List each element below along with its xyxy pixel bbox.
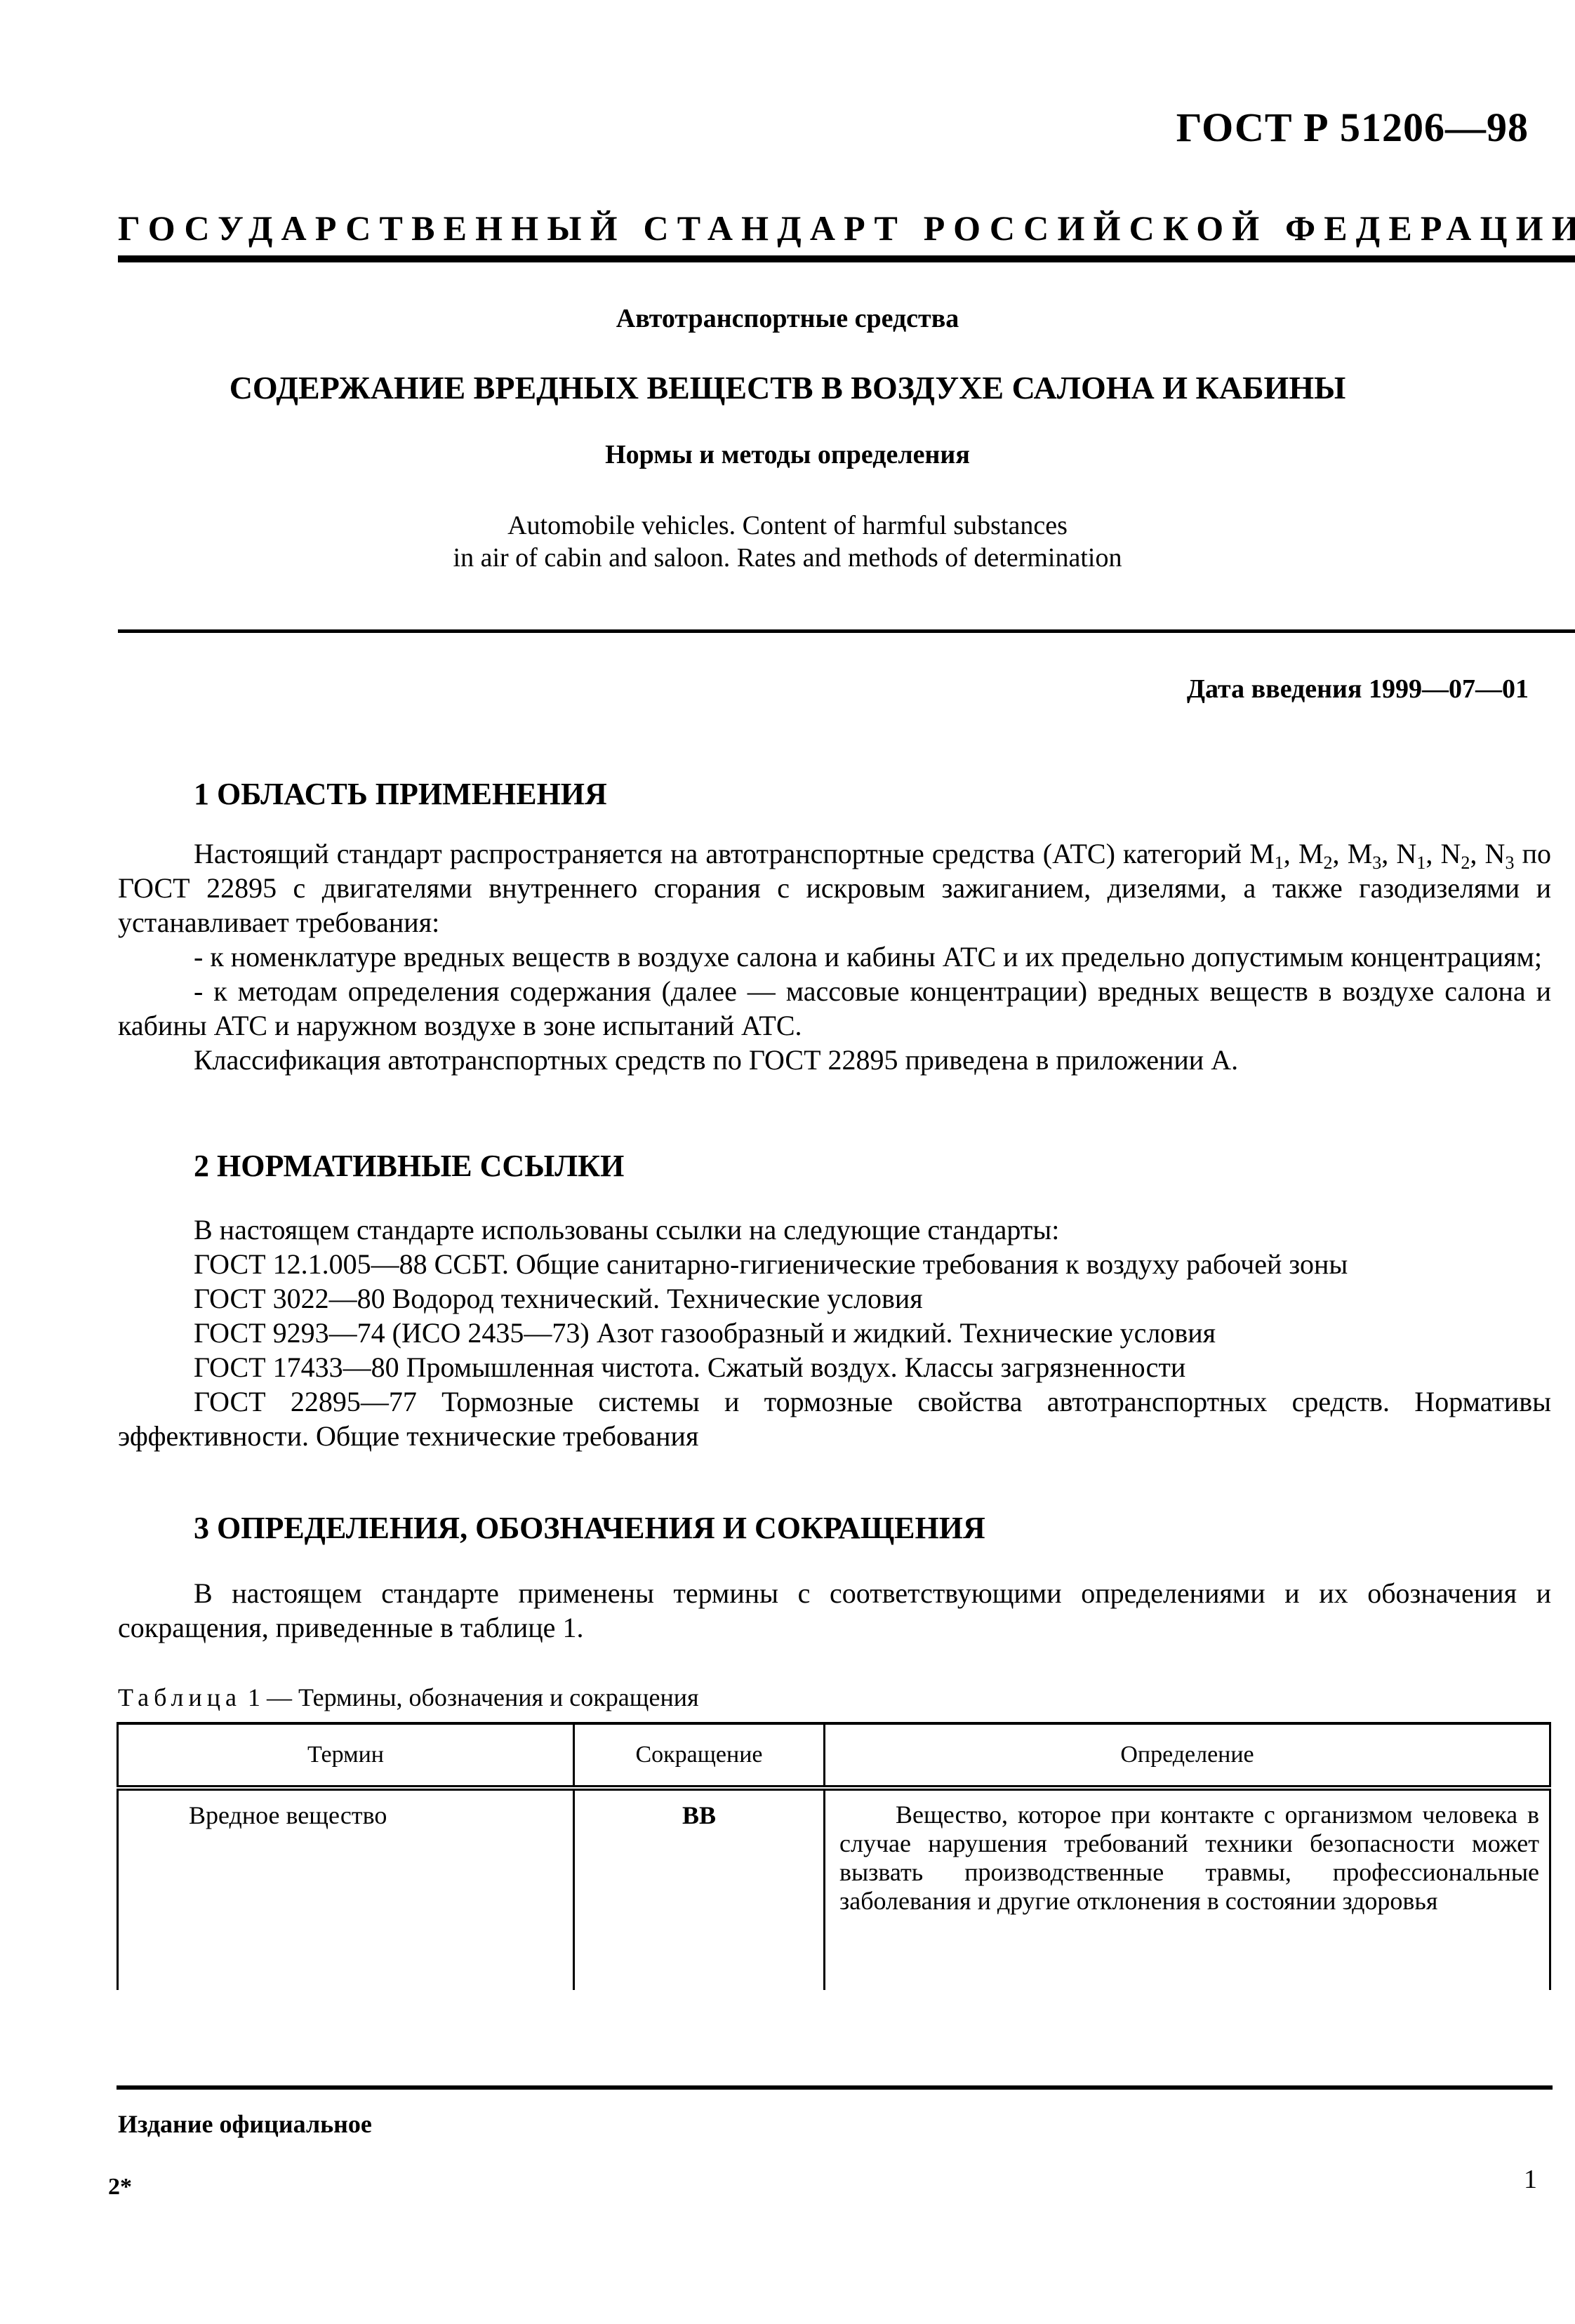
section-3-paragraph-1: В настоящем стандарте применены термины … — [118, 1576, 1551, 1645]
terms-table: Термин Сокращение Определение Вредное ве… — [117, 1722, 1551, 1990]
section-2-intro: В настоящем стандарте использованы ссылк… — [118, 1213, 1551, 1247]
section-1-paragraph-4: Классификация автотранспортных средств п… — [118, 1043, 1551, 1077]
term-cell: Вредное вещество — [118, 1788, 574, 1990]
main-title: СОДЕРЖАНИЕ ВРЕДНЫХ ВЕЩЕСТВ В ВОЗДУХЕ САЛ… — [0, 369, 1575, 406]
document-code: ГОСТ Р 51206—98 — [1176, 104, 1529, 151]
subtitle-ru: Автотранспортные средства — [0, 303, 1575, 334]
section-2-heading: 2 НОРМАТИВНЫЕ ССЫЛКИ — [194, 1148, 624, 1184]
table-caption: Таблица 1 — Термины, обозначения и сокра… — [118, 1683, 699, 1712]
abbreviation-cell: ВВ — [574, 1788, 825, 1990]
section-3-heading: 3 ОПРЕДЕЛЕНИЯ, ОБОЗНАЧЕНИЯ И СОКРАЩЕНИЯ — [194, 1510, 985, 1546]
section-1-paragraph-2: - к номенклатуре вредных веществ в возду… — [118, 940, 1551, 974]
header-rule — [118, 255, 1575, 262]
reference-item: ГОСТ 3022—80 Водород технический. Технич… — [118, 1281, 1551, 1316]
reference-item: ГОСТ 12.1.005—88 ССБТ. Общие санитарно-г… — [118, 1247, 1551, 1281]
organization-title: ГОСУДАРСТВЕННЫЙ СТАНДАРТ РОССИЙСКОЙ ФЕДЕ… — [118, 208, 1575, 248]
official-edition-label: Издание официальное — [118, 2109, 372, 2139]
title-rule — [118, 629, 1575, 633]
table-caption-text: 1 — Термины, обозначения и сокращения — [241, 1683, 699, 1711]
norms-subtitle: Нормы и методы определения — [0, 439, 1575, 470]
column-header-term: Термин — [118, 1723, 574, 1788]
table-row: Вредное вещество ВВ Вещество, которое пр… — [118, 1788, 1550, 1990]
section-1-body: Настоящий стандарт распространяется на а… — [118, 836, 1551, 1077]
section-1-paragraph-1: Настоящий стандарт распространяется на а… — [118, 836, 1551, 940]
section-2-body: В настоящем стандарте использованы ссылк… — [118, 1213, 1551, 1453]
section-3-body: В настоящем стандарте применены термины … — [118, 1576, 1551, 1645]
reference-item: ГОСТ 17433—80 Промышленная чистота. Сжат… — [118, 1350, 1551, 1384]
english-title-line-1: Automobile vehicles. Content of harmful … — [0, 509, 1575, 542]
english-title: Automobile vehicles. Content of harmful … — [0, 509, 1575, 574]
column-header-definition: Определение — [825, 1723, 1550, 1788]
footer-rule — [117, 2085, 1553, 2090]
section-1-heading: 1 ОБЛАСТЬ ПРИМЕНЕНИЯ — [194, 776, 607, 812]
page-number: 1 — [1524, 2164, 1537, 2195]
reference-item: ГОСТ 9293—74 (ИСО 2435—73) Азот газообра… — [118, 1316, 1551, 1350]
column-header-abbreviation: Сокращение — [574, 1723, 825, 1788]
introduction-date: Дата введения 1999—07—01 — [1187, 674, 1529, 704]
table-caption-label: Таблица — [118, 1683, 241, 1711]
english-title-line-2: in air of cabin and saloon. Rates and me… — [0, 542, 1575, 574]
reference-item: ГОСТ 22895—77 Тормозные системы и тормоз… — [118, 1384, 1551, 1453]
definition-cell: Вещество, которое при контакте с организ… — [825, 1788, 1550, 1990]
table-header-row: Термин Сокращение Определение — [118, 1723, 1550, 1788]
sheet-mark: 2* — [108, 2174, 132, 2201]
section-1-paragraph-3: - к методам определения содержания (дале… — [118, 974, 1551, 1043]
